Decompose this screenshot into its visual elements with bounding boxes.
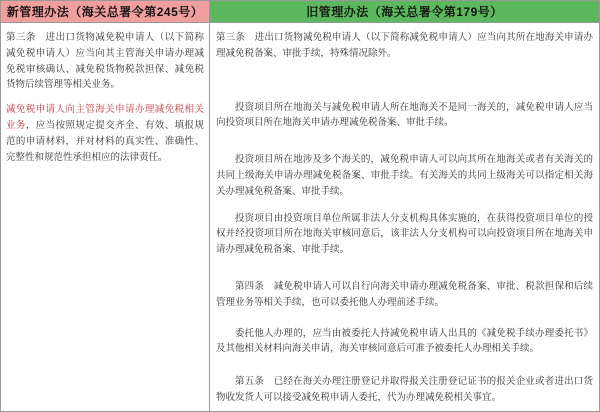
- old-paragraph-entrust-others: 委托他人办理的，应当由被委托人持减免税申请人出具的《减免税手续办理委托书》及其他…: [216, 326, 593, 358]
- old-measures-cell: 第三条 进出口货物减免税申请人（以下简称减免税申请人）应当向其所在地海关申请办理…: [210, 23, 599, 411]
- table-body-row: 第三条 进出口货物减免税申请人（以下简称减免税申请人）应当向其主管海关申请办理减…: [1, 23, 599, 411]
- header-old-measures: 旧管理办法（海关总署令第179号）: [210, 1, 599, 22]
- page: 新管理办法（海关总署令第245号） 旧管理办法（海关总署令第179号） 第三条 …: [0, 0, 600, 412]
- highlighted-rest-text: ，应当按照规定提交齐全、有效、填报规范的申请材料，并对材料的真实性、准确性、完整…: [6, 120, 204, 163]
- header-new-label: 新管理办法（海关总署令第245号）: [7, 3, 204, 20]
- new-highlighted-paragraph: 减免税申请人向主管海关申请办理减免税相关业务，应当按照规定提交齐全、有效、填报规…: [6, 102, 204, 165]
- table-header-row: 新管理办法（海关总署令第245号） 旧管理办法（海关总署令第179号）: [1, 1, 599, 23]
- header-old-label: 旧管理办法（海关总署令第179号）: [306, 3, 503, 20]
- new-measures-cell: 第三条 进出口货物减免税申请人（以下简称减免税申请人）应当向其主管海关申请办理减…: [1, 23, 210, 411]
- old-article-4-paragraph: 第四条 减免税申请人可以自行向海关申请办理减免税备案、审批、税款担保和后续管理业…: [216, 279, 593, 311]
- new-article-3-paragraph: 第三条 进出口货物减免税申请人（以下简称减免税申请人）应当向其主管海关申请办理减…: [6, 30, 204, 93]
- old-paragraph-multiple-customs: 投资项目所在地涉及多个海关的，减免税申请人可以向其所在地海关或者有关海关的共同上…: [216, 152, 593, 199]
- header-new-measures: 新管理办法（海关总署令第245号）: [1, 1, 210, 22]
- comparison-table: 新管理办法（海关总署令第245号） 旧管理办法（海关总署令第179号） 第三条 …: [0, 0, 600, 412]
- old-paragraph-investment-different-customs: 投资项目所在地海关与减免税申请人所在地海关不是同一海关的，减免税申请人应当向投资…: [216, 100, 593, 132]
- old-article-3-paragraph: 第三条 进出口货物减免税申请人（以下简称减免税申请人）应当向其所在地海关申请办理…: [216, 30, 593, 62]
- old-paragraph-branch-organization: 投资项目由投资项目单位所属非法人分支机构具体实施的，在获得投资项目单位的授权并经…: [216, 211, 593, 258]
- old-article-5-paragraph: 第五条 已经在海关办理注册登记并取得报关注册登记证书的报关企业或者进出口货物收发…: [216, 374, 593, 406]
